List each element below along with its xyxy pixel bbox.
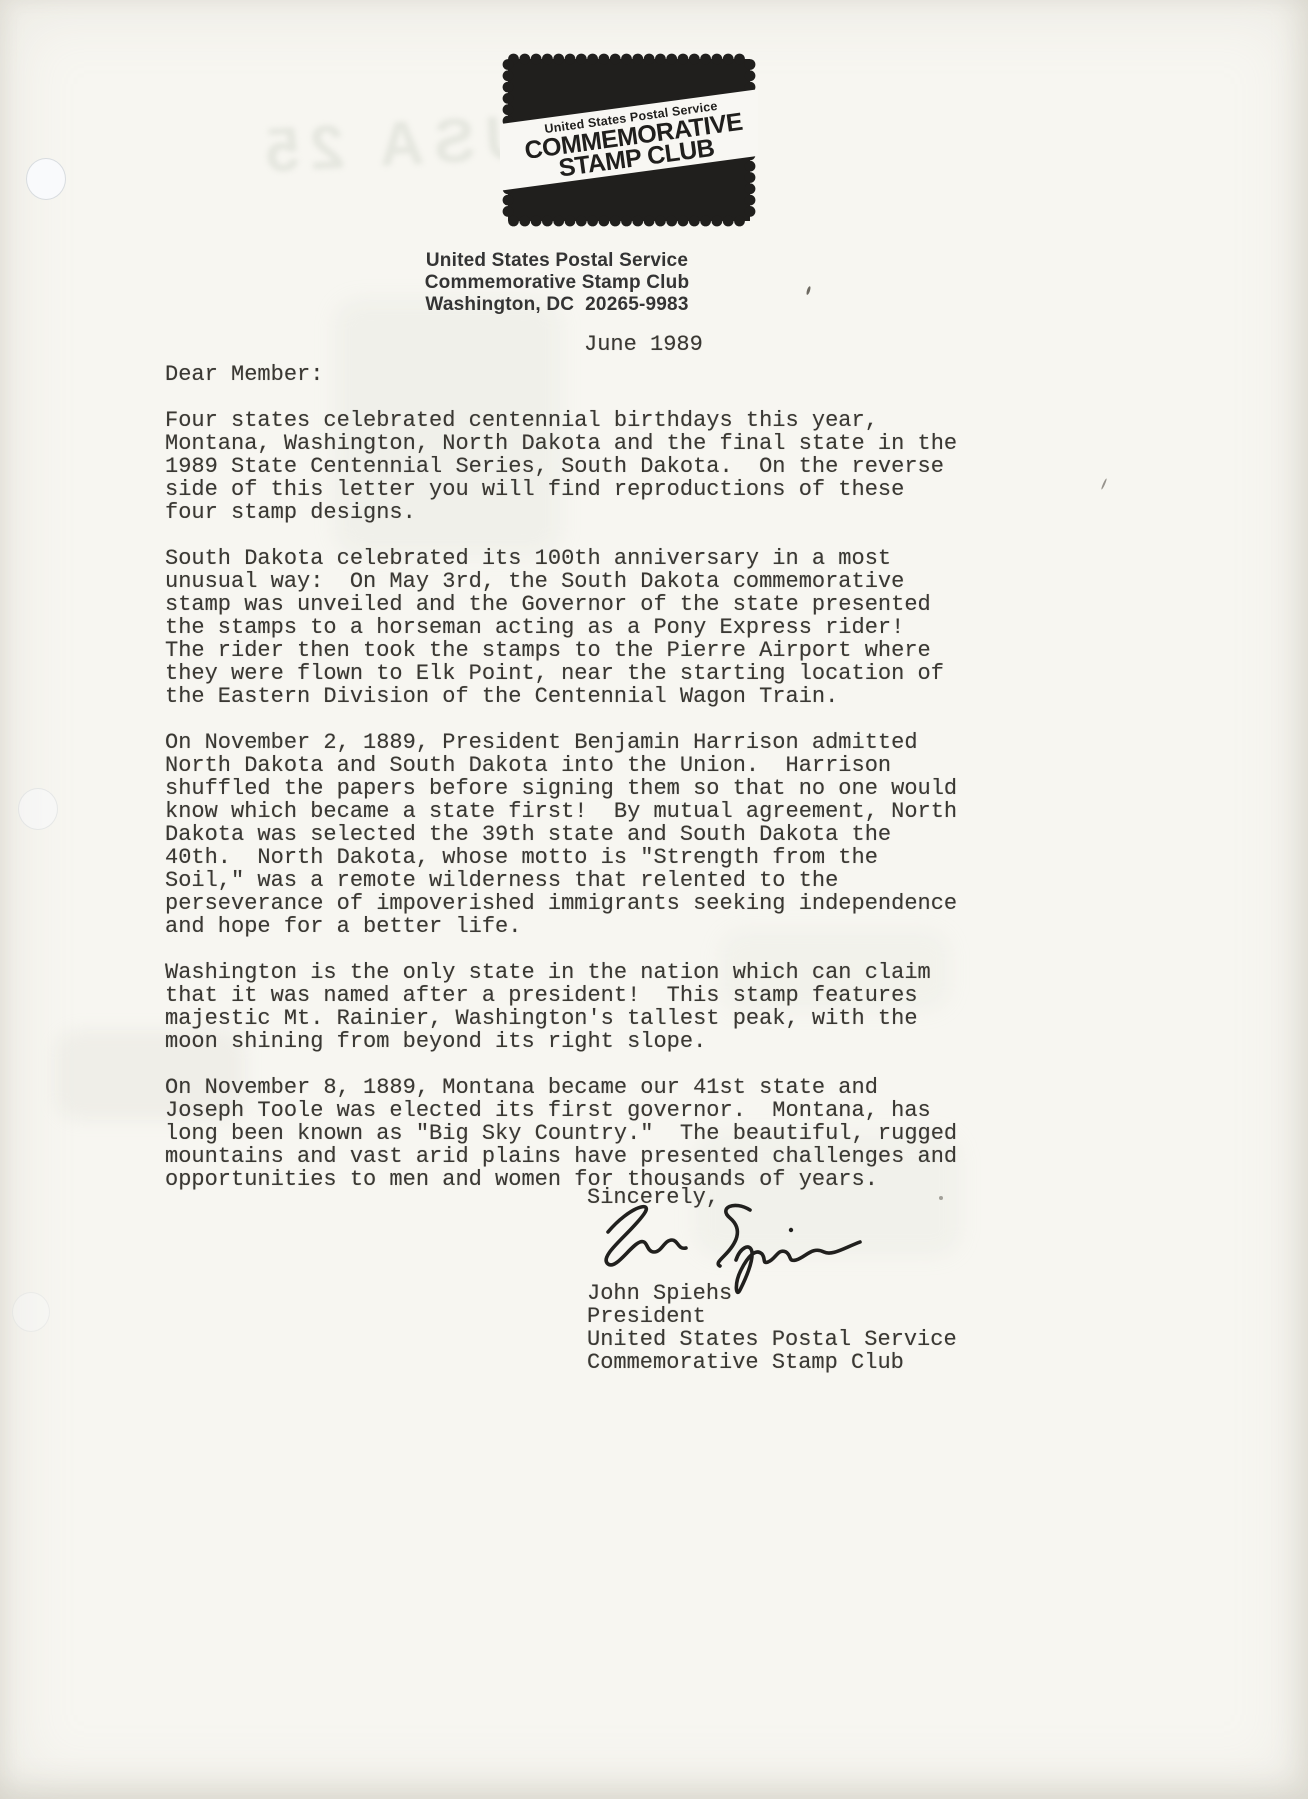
paragraph: Washington is the only state in the nati…: [165, 961, 957, 1053]
signature-block: John Spiehs President United States Post…: [587, 1282, 957, 1374]
punch-hole: [12, 1292, 50, 1332]
letter-date: June 1989: [584, 333, 703, 356]
paragraph: South Dakota celebrated its 100th annive…: [165, 547, 957, 708]
scan-speck: [939, 1196, 943, 1200]
punch-hole: [26, 158, 66, 200]
paragraph: On November 8, 1889, Montana became our …: [165, 1076, 957, 1191]
address-line: United States Postal Service: [407, 250, 707, 272]
punch-hole: [18, 788, 58, 830]
letterhead-address: United States Postal Service Commemorati…: [407, 250, 707, 316]
salutation: Dear Member:: [165, 363, 957, 386]
paragraph: On November 2, 1889, President Benjamin …: [165, 731, 957, 938]
stamp-logo: United States Postal Service COMMEMORATI…: [500, 51, 758, 229]
address-line: Commemorative Stamp Club: [407, 272, 707, 294]
scan-speck: [806, 286, 812, 295]
scan-speck: [1101, 478, 1108, 490]
scanned-letter-page: USA 25 United States Postal Service COMM…: [0, 0, 1308, 1799]
letter-body: Dear Member: Four states celebrated cent…: [165, 363, 957, 1214]
address-line: Washington, DC 20265-9983: [407, 294, 707, 316]
show-through-ghost: USA 25: [298, 102, 531, 185]
paragraph: Four states celebrated centennial birthd…: [165, 409, 957, 524]
